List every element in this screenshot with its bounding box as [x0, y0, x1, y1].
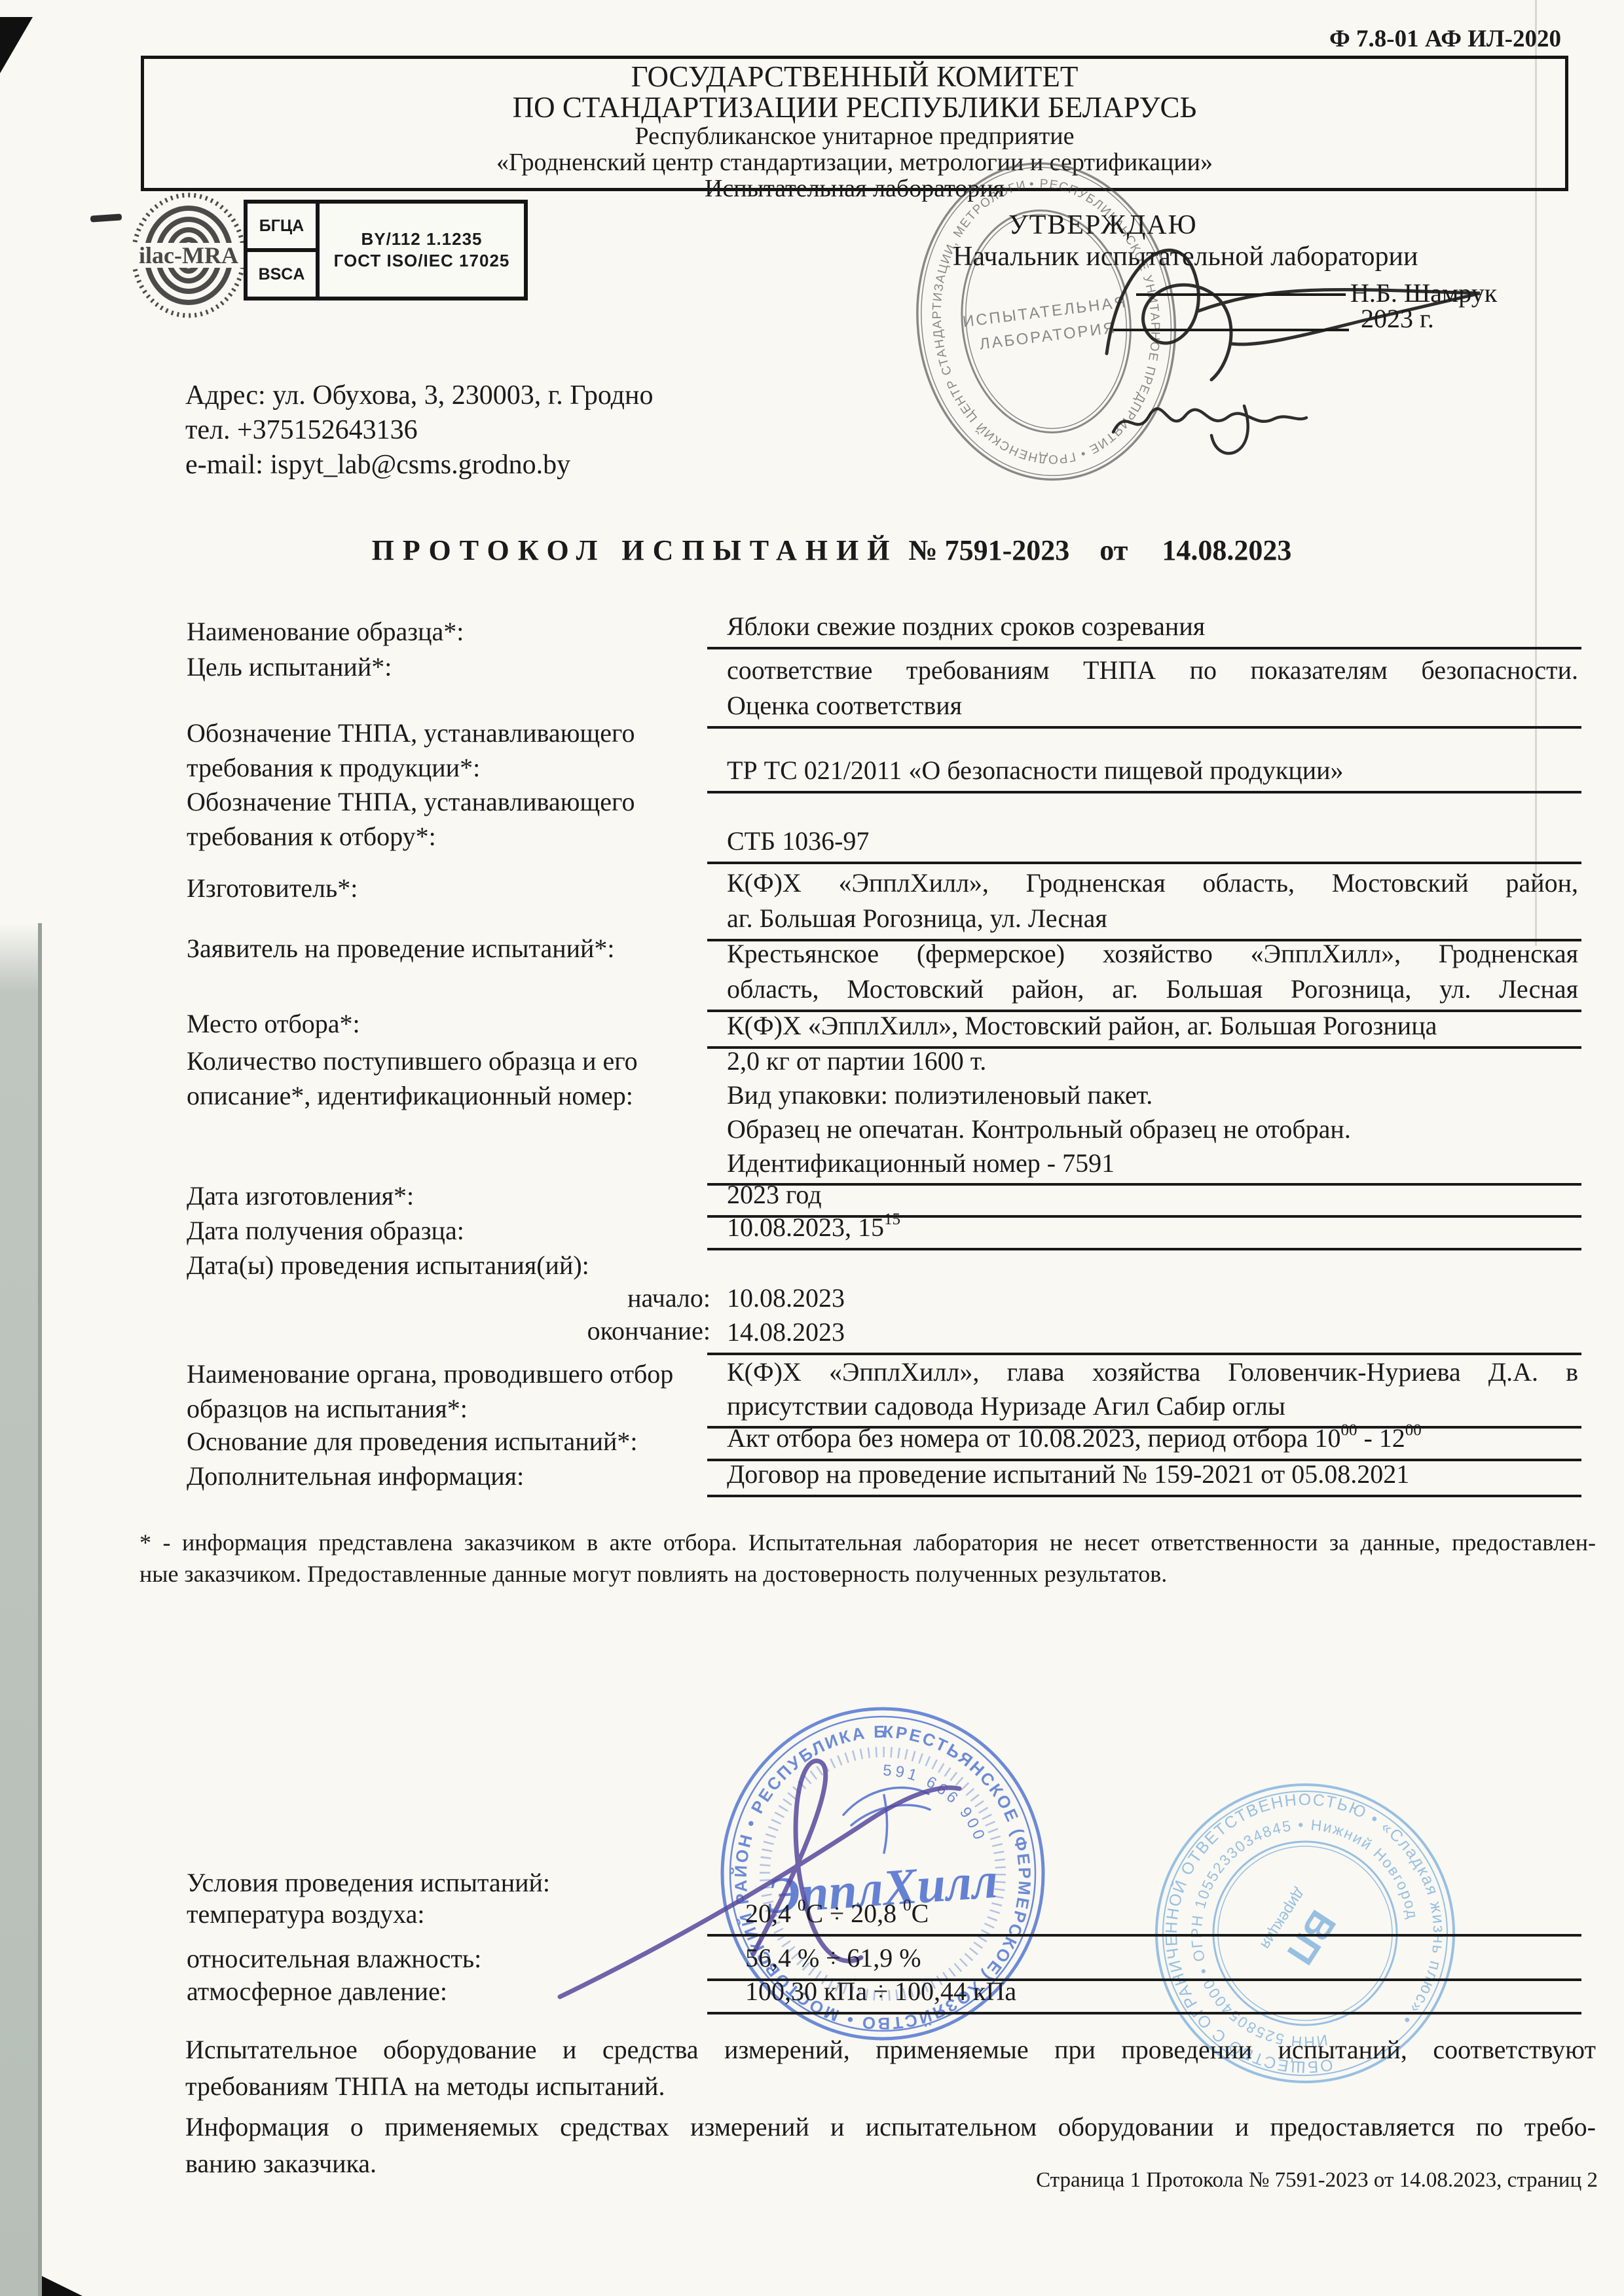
accreditation-bgca: БГЦА	[248, 204, 316, 248]
field-value-line: присутствии садовода Нуризаде Агил Сабир…	[727, 1389, 1578, 1423]
protocol-date: 14.08.2023	[1162, 534, 1291, 566]
field-label-tnpa-product: Обозначение ТНПА, устанавливающего требо…	[187, 716, 710, 785]
condition-label-humidity: относительная влажность:	[187, 1943, 481, 1974]
ilac-mra-logo-icon: ilac-MRA	[130, 191, 248, 319]
scan-dash-mark	[90, 213, 122, 222]
accreditation-code-number: BY/112 1.1235	[361, 228, 482, 250]
field-value-line: соответствие требованиям ТНПА по показат…	[727, 653, 1578, 688]
field-value-line: К(Ф)Х «ЭпплХилл», глава хозяйства Голове…	[727, 1355, 1578, 1389]
field-value-line: 2023 год	[727, 1177, 1578, 1212]
basis-sup2: 00	[1405, 1421, 1422, 1439]
condition-value-temperature: 20,4 0С ÷ 20,8 0С	[707, 1896, 1581, 1937]
condition-label-temperature: температура воздуха:	[187, 1899, 425, 1929]
field-value-line: СТБ 1036-97	[727, 824, 1578, 859]
field-value-applicant: Крестьянское (фермерское) хозяйство «Эпп…	[707, 936, 1581, 1012]
field-label-sampling-place: Место отбора*:	[187, 1006, 710, 1041]
svg-text:ilac-MRA: ilac-MRA	[139, 242, 238, 268]
org-name-line1: ГОСУДАРСТВЕННЫЙ КОМИТЕТ	[144, 62, 1565, 92]
contact-phone: тел. +375152643136	[185, 413, 654, 448]
field-value-sampling-place: К(Ф)Х «ЭпплХилл», Мостовский район, аг. …	[707, 1008, 1581, 1049]
field-value-line: К(Ф)Х «ЭпплХилл», Гродненская область, М…	[727, 866, 1578, 901]
org-name-line4: «Гродненский центр стандартизации, метро…	[144, 149, 1565, 175]
accreditation-codes: BY/112 1.1235 ГОСТ ISO/IEC 17025	[320, 204, 524, 297]
field-value-test-start: 10.08.2023	[707, 1281, 1581, 1319]
field-label-test-end: окончание:	[187, 1313, 710, 1348]
temp-part: С ÷ 20,8	[806, 1899, 904, 1928]
footnote-line: * - информация представлена заказчиком в…	[139, 1527, 1596, 1558]
temp-sup: 0	[903, 1897, 912, 1914]
footnote: * - информация представлена заказчиком в…	[139, 1527, 1596, 1590]
field-value-line: Идентификационный номер - 7591	[727, 1146, 1578, 1180]
field-label-manufacture-date: Дата изготовления*:	[187, 1178, 710, 1213]
receipt-time-sup: 15	[884, 1211, 900, 1228]
field-label-applicant: Заявитель на проведение испытаний*:	[187, 931, 710, 966]
footnote-line: ные заказчиком. Предоставленные данные м…	[139, 1558, 1596, 1590]
basis-part1: Акт отбора без номера от 10.08.2023, пер…	[727, 1423, 1340, 1453]
field-value-line: область, Мостовский район, аг. Большая Р…	[727, 972, 1578, 1007]
field-value-sample-name: Яблоки свежие поздних сроков созревания	[707, 609, 1581, 649]
field-label-receipt-date: Дата получения образца:	[187, 1213, 710, 1248]
field-value-tnpa-product: ТР ТС 021/2011 «О безопасности пищевой п…	[707, 753, 1581, 793]
accreditation-left-column: БГЦА BSCA	[248, 204, 320, 297]
field-value-line: Вид упаковки: полиэтиленовый пакет.	[727, 1078, 1578, 1112]
accreditation-table: БГЦА BSCA BY/112 1.1235 ГОСТ ISO/IEC 170…	[244, 200, 528, 301]
contact-address: Адрес: ул. Обухова, 3, 230003, г. Гродно	[185, 378, 654, 413]
field-value-line: Крестьянское (фермерское) хозяйство «Эпп…	[727, 936, 1578, 972]
conditions-heading: Условия проведения испытаний:	[187, 1867, 550, 1898]
contact-email: e-mail: ispyt_lab@csms.grodno.by	[185, 448, 654, 483]
field-value-tnpa-sampling: СТБ 1036-97	[707, 824, 1581, 864]
protocol-title: ПРОТОКОЛ ИСПЫТАНИЙ№ 7591-2023от14.08.202…	[157, 534, 1506, 567]
field-label-test-basis: Основание для проведения испытаний*:	[187, 1424, 710, 1459]
field-value-line: аг. Большая Рогозница, ул. Лесная	[727, 901, 1578, 936]
field-value-line: 100,30 кПа ÷ 100,44 кПа	[745, 1974, 1578, 2009]
form-code: Ф 7.8-01 АФ ИЛ-2020	[1329, 25, 1561, 53]
field-label-test-start: начало:	[187, 1281, 710, 1315]
contact-block: Адрес: ул. Обухова, 3, 230003, г. Гродно…	[185, 378, 654, 483]
field-value-sample-quantity: 2,0 кг от партии 1600 т. Вид упаковки: п…	[707, 1044, 1581, 1186]
temp-part: 20,4	[745, 1899, 798, 1928]
scan-edge-strip	[0, 923, 42, 2296]
field-label-sample-name: Наименование образца*:	[187, 614, 710, 649]
approver-signature	[904, 196, 1559, 471]
field-value-line: 10.08.2023	[727, 1281, 1578, 1316]
basis-sup1: 00	[1340, 1421, 1357, 1439]
field-label-sampling-body: Наименование органа, проводившего отбор …	[187, 1357, 710, 1426]
receipt-date-main: 10.08.2023, 15	[727, 1212, 884, 1242]
closing-par1-line: Испытательное оборудование и средства из…	[185, 2032, 1596, 2068]
field-value-line: 14.08.2023	[727, 1315, 1578, 1350]
field-value-line: 56,4 % ÷ 61,9 %	[745, 1941, 1578, 1976]
field-label-manufacturer: Изготовитель*:	[187, 871, 710, 905]
org-name-line3: Республиканское унитарное предприятие	[144, 123, 1565, 149]
field-value-line: К(Ф)Х «ЭпплХилл», Мостовский район, аг. …	[727, 1008, 1578, 1044]
field-value-line: Яблоки свежие поздних сроков созревания	[727, 609, 1578, 644]
field-value-line: Образец не опечатан. Контрольный образец…	[727, 1112, 1578, 1146]
condition-label-pressure: атмосферное давление:	[187, 1976, 447, 2007]
closing-block: Испытательное оборудование и средства из…	[185, 2032, 1596, 2182]
field-value-line: Оценка соответствия	[727, 688, 1578, 723]
field-value-test-basis: Акт отбора без номера от 10.08.2023, пер…	[707, 1421, 1581, 1461]
field-value-additional-info: Договор на проведение испытаний № 159-20…	[707, 1457, 1581, 1497]
temp-part: С	[912, 1899, 929, 1928]
field-label-test-dates: Дата(ы) проведения испытания(ий):	[187, 1248, 710, 1283]
field-value-line: Договор на проведение испытаний № 159-20…	[727, 1457, 1578, 1492]
protocol-number: № 7591-2023	[908, 534, 1069, 566]
condition-value-pressure: 100,30 кПа ÷ 100,44 кПа	[707, 1974, 1581, 2014]
basis-part2: - 12	[1357, 1423, 1405, 1453]
closing-par2-line: Информация о применяемых средствах измер…	[185, 2109, 1596, 2145]
org-name-line2: ПО СТАНДАРТИЗАЦИИ РЕСПУБЛИКИ БЕЛАРУСЬ	[144, 92, 1565, 123]
closing-par1-line: требованиям ТНПА на методы испытаний.	[185, 2068, 1596, 2105]
field-value-line: 2,0 кг от партии 1600 т.	[727, 1044, 1578, 1078]
field-value-manufacturer: К(Ф)Х «ЭпплХилл», Гродненская область, М…	[707, 866, 1581, 941]
accreditation-bsca: BSCA	[248, 248, 316, 297]
header-box: ГОСУДАРСТВЕННЫЙ КОМИТЕТ ПО СТАНДАРТИЗАЦИ…	[141, 56, 1568, 191]
field-label-test-purpose: Цель испытаний*:	[187, 649, 710, 684]
accreditation-standard: ГОСТ ISO/IEC 17025	[334, 250, 510, 272]
field-value-line: ТР ТС 021/2011 «О безопасности пищевой п…	[727, 753, 1578, 788]
field-value-receipt-date: 10.08.2023, 1515	[707, 1210, 1581, 1250]
field-label-tnpa-sampling: Обозначение ТНПА, устанавливающего требо…	[187, 784, 710, 854]
protocol-of: от	[1099, 534, 1128, 566]
temp-sup: 0	[798, 1897, 806, 1914]
scanned-protocol-page: Ф 7.8-01 АФ ИЛ-2020 ГОСУДАРСТВЕННЫЙ КОМИ…	[0, 0, 1624, 2296]
field-label-sample-quantity: Количество поступившего образца и его оп…	[187, 1044, 710, 1113]
page-footer: Страница 1 Протокола № 7591-2023 от 14.0…	[819, 2168, 1598, 2193]
protocol-title-text: ПРОТОКОЛ ИСПЫТАНИЙ	[372, 534, 898, 566]
scan-corner-mark-top-left	[0, 17, 33, 73]
field-value-test-purpose: соответствие требованиям ТНПА по показат…	[707, 653, 1581, 729]
field-value-sampling-body: К(Ф)Х «ЭпплХилл», глава хозяйства Голове…	[707, 1355, 1581, 1429]
field-value-test-end: 14.08.2023	[707, 1315, 1581, 1355]
field-label-additional-info: Дополнительная информация:	[187, 1459, 710, 1493]
